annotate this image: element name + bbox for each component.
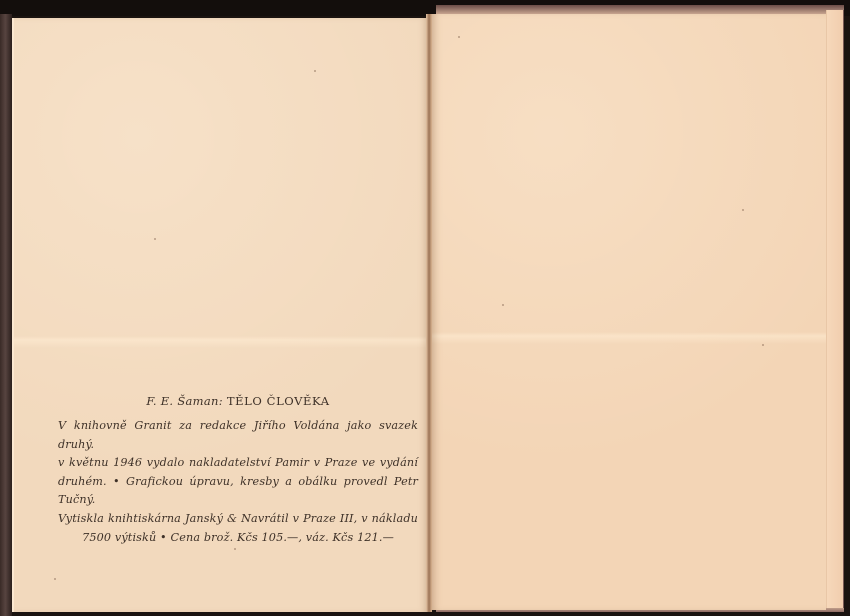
paper-speck: [314, 70, 316, 72]
right-page: [432, 14, 826, 610]
paper-speck: [54, 578, 56, 580]
paper-speck: [234, 548, 236, 550]
paper-speck: [742, 209, 744, 211]
paper-speck: [458, 36, 460, 38]
paper-speck: [154, 238, 156, 240]
colophon: F. E. Šaman: TĚLO ČLOVĚKA V knihovně Gra…: [58, 394, 418, 547]
cover-edge-top: [436, 5, 844, 14]
book-title: TĚLO ČLOVĚKA: [227, 394, 330, 408]
paper-speck: [502, 304, 504, 306]
colophon-line: druhém. • Grafickou úpravu, kresby a obá…: [58, 473, 418, 510]
colophon-body: V knihovně Granit za redakce Jiřího Vold…: [58, 417, 418, 547]
colophon-line: v květnu 1946 vydalo nakladatelství Pami…: [58, 454, 418, 473]
paper-speck: [762, 344, 764, 346]
author-name: F. E. Šaman:: [146, 394, 223, 408]
colophon-heading: F. E. Šaman: TĚLO ČLOVĚKA: [58, 394, 418, 408]
book-spread: F. E. Šaman: TĚLO ČLOVĚKA V knihovně Gra…: [0, 0, 850, 616]
colophon-line: V knihovně Granit za redakce Jiřího Vold…: [58, 417, 418, 454]
colophon-line: Vytiskla knihtiskárna Janský & Navrátil …: [58, 510, 418, 529]
colophon-line: 7500 výtisků • Cena brož. Kčs 105.—, váz…: [58, 529, 418, 548]
page-edge-right: [826, 10, 843, 608]
book-binding-left: [0, 14, 12, 616]
